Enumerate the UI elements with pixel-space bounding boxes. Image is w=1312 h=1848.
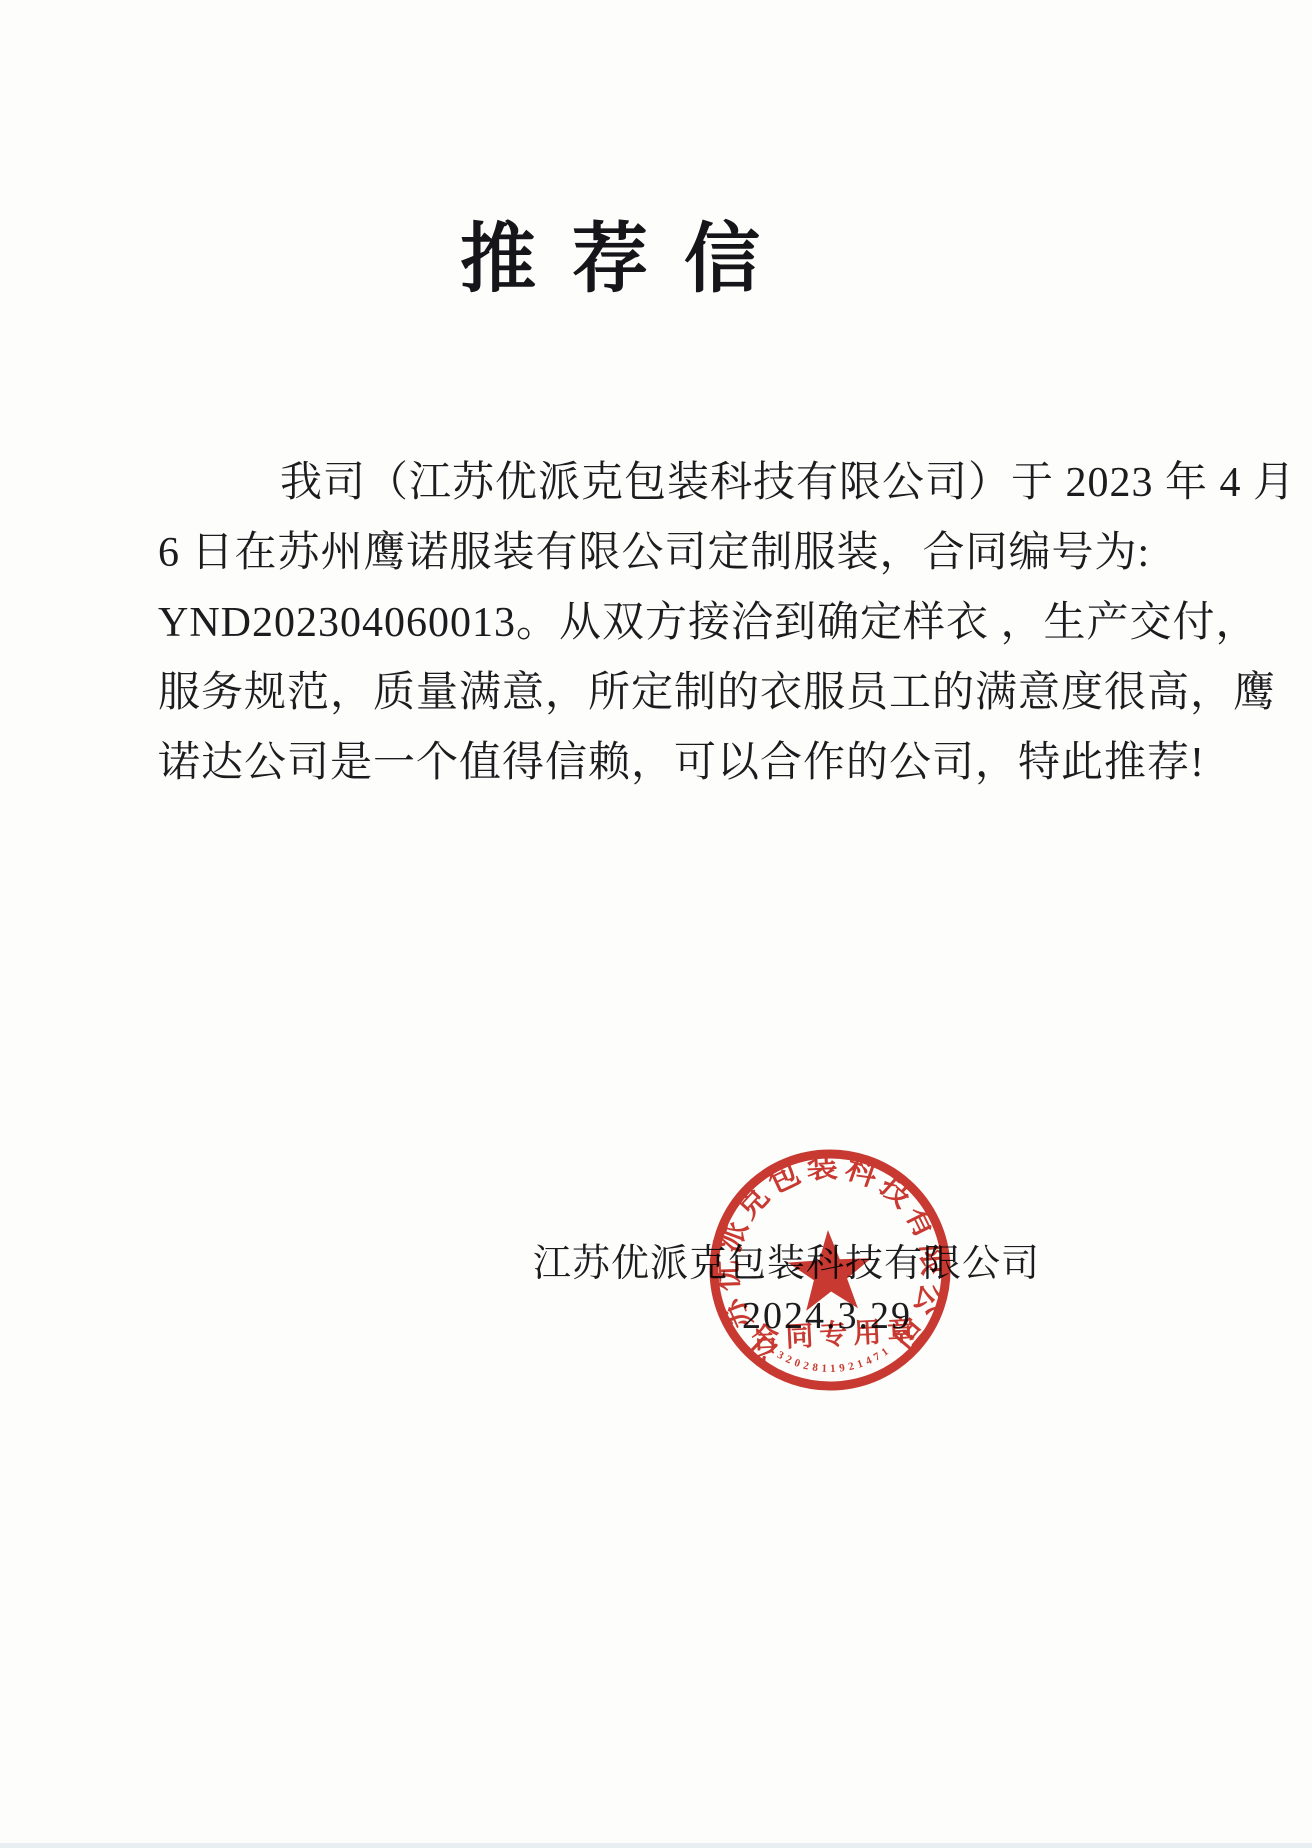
scan-bottom-edge xyxy=(0,1843,1312,1848)
body-line: 我司（江苏优派克包装科技有限公司）于 2023 年 4 月 xyxy=(158,448,1168,518)
body-line: YND202304060013。从双方接洽到确定样衣 ，生产交付， xyxy=(158,588,1168,658)
body-paragraph: 我司（江苏优派克包装科技有限公司）于 2023 年 4 月 6 日在苏州鹰诺服装… xyxy=(158,448,1168,798)
body-line: 诺达公司是一个值得信赖，可以合作的公司，特此推荐! xyxy=(158,728,1168,798)
company-seal: 江苏优派克包装科技有限公司 合同专用章 3202811921471 xyxy=(693,1133,966,1406)
body-line: 服务规范，质量满意，所定制的衣服员工的满意度很高，鹰 xyxy=(158,658,1168,728)
body-line: 6 日在苏州鹰诺服装有限公司定制服装，合同编号为: xyxy=(158,518,1168,588)
recommendation-letter-page: 推荐信 我司（江苏优派克包装科技有限公司）于 2023 年 4 月 6 日在苏州… xyxy=(0,0,1312,1848)
page-title: 推荐信 xyxy=(460,198,796,307)
seal-star-icon xyxy=(786,1228,874,1312)
